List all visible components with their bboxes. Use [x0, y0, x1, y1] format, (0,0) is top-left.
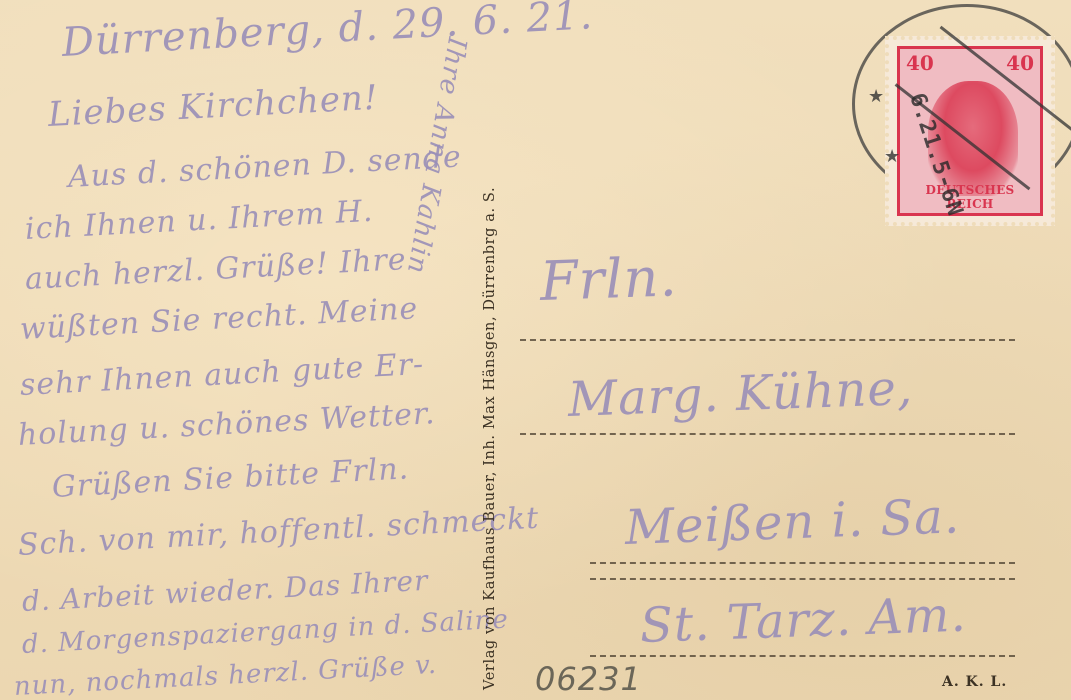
serial-number: 06231 [535, 660, 642, 698]
maker-mark: A. K. L. [942, 674, 1007, 690]
message-line: nun, nochmals herzl. Grüße v. [13, 650, 437, 700]
message-line: d. Arbeit wieder. Das Ihrer [21, 564, 429, 618]
address-line: St. Tarz. Am. [639, 587, 968, 654]
postmark-star-icon: ★ [868, 86, 884, 107]
address-line: Meißen i. Sa. [624, 488, 961, 556]
address-rule [590, 562, 1015, 564]
address-rule [590, 578, 1015, 580]
message-line: ich Ihnen u. Ihrem H. [24, 194, 374, 247]
publisher-imprint: Verlag von Kaufhaus Bauer, Inh. Max Häns… [482, 187, 498, 690]
address-line: Frln. [539, 245, 679, 313]
message-line: sehr Ihnen auch gute Er- [19, 347, 425, 403]
message-line: Grüßen Sie bitte Frln. [51, 451, 410, 505]
message-line: holung u. schönes Wetter. [17, 396, 436, 453]
message-salutation: Liebes Kirchchen! [47, 78, 379, 135]
postmark-star-icon: ★ [884, 146, 900, 167]
message-place-date: Dürrenberg, d. 29. 6. 21. [61, 0, 594, 66]
address-rule [520, 339, 1015, 341]
address-rule [590, 655, 1015, 657]
message-line: auch herzl. Grüße! Ihre [24, 242, 407, 297]
stamp-country-label: DEUTSCHES REICH [900, 183, 1040, 211]
message-line: Sch. von mir, hoffentl. schmeckt [17, 501, 540, 563]
message-line: wüßten Sie recht. Meine [19, 291, 419, 347]
stamp-value-right: 40 [1006, 51, 1034, 75]
address-rule [520, 433, 1015, 435]
address-line: Marg. Kühne, [567, 360, 914, 428]
message-line: Aus d. schönen D. sende [67, 139, 462, 195]
postcard-back: Dürrenberg, d. 29. 6. 21. Liebes Kirchch… [0, 0, 1071, 700]
